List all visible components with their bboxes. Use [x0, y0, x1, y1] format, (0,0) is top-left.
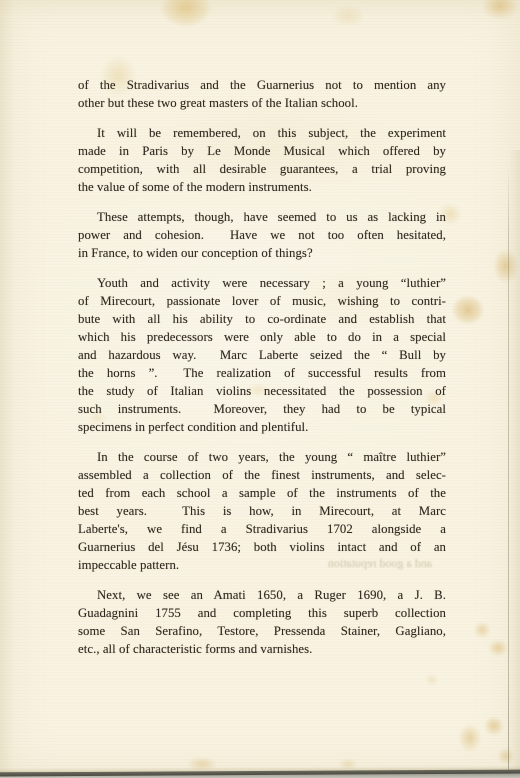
text-line: the horns ”. The realization of successf… — [78, 364, 446, 382]
text-line: impeccable pattern. — [78, 556, 446, 574]
text-line: Next, we see an Amati 1650, a Ruger 1690… — [78, 586, 446, 604]
text-line: the value of some of the modern instrume… — [78, 178, 446, 196]
text-line: best years. This is how, in Mirecourt, a… — [78, 502, 446, 520]
text-line: Guadagnini 1755 and completing this supe… — [78, 604, 446, 622]
text-line: and hazardous way. Marc Laberte seized t… — [78, 346, 446, 364]
text-line: Laberte's, we find a Stradivarius 1702 a… — [78, 520, 446, 538]
page-edge-right-strip — [509, 150, 520, 770]
text-line: some San Serafino, Testore, Pressenda St… — [78, 622, 446, 640]
book-page-scan: and a good reputation of the Stradivariu… — [0, 0, 520, 778]
paragraph: Next, we see an Amati 1650, a Ruger 1690… — [78, 586, 446, 658]
text-line: Youth and activity were necessary ; a yo… — [78, 274, 446, 292]
paragraph: Youth and activity were necessary ; a yo… — [78, 274, 446, 436]
text-line: competition, with all desirable guarante… — [78, 160, 446, 178]
page-edge-right-line — [508, 165, 510, 770]
text-line: assembled a collection of the finest ins… — [78, 466, 446, 484]
page-text: of the Stradivarius and the Guarnerius n… — [78, 76, 446, 658]
text-line: bute with all his ability to co-ordinate… — [78, 310, 446, 328]
paragraph: These attempts, though, have seemed to u… — [78, 208, 446, 262]
text-line: made in Paris by Le Monde Musical which … — [78, 142, 446, 160]
text-line: power and cohesion. Have we not too ofte… — [78, 226, 446, 244]
text-line: Guarnerius del Jésu 1736; both violins i… — [78, 538, 446, 556]
text-line: etc., all of characteristic forms and va… — [78, 640, 446, 658]
text-line: of Mirecourt, passionate lover of music,… — [78, 292, 446, 310]
text-line: of the Stradivarius and the Guarnerius n… — [78, 76, 446, 94]
text-line: in France, to widen our conception of th… — [78, 244, 446, 262]
text-line: such instruments. Moreover, they had to … — [78, 400, 446, 418]
text-line: ted from each school a sample of the ins… — [78, 484, 446, 502]
paragraph: It will be remembered, on this subject, … — [78, 124, 446, 196]
text-line: It will be remembered, on this subject, … — [78, 124, 446, 142]
text-line: specimens in perfect condition and plent… — [78, 418, 446, 436]
paragraph: In the course of two years, the young “ … — [78, 448, 446, 574]
paragraph: of the Stradivarius and the Guarnerius n… — [78, 76, 446, 112]
text-line: These attempts, though, have seemed to u… — [78, 208, 446, 226]
text-line: which his predecessors were only able to… — [78, 328, 446, 346]
text-line: the study of Italian violins necessitate… — [78, 382, 446, 400]
text-line: In the course of two years, the young “ … — [78, 448, 446, 466]
text-line: other but these two great masters of the… — [78, 94, 446, 112]
